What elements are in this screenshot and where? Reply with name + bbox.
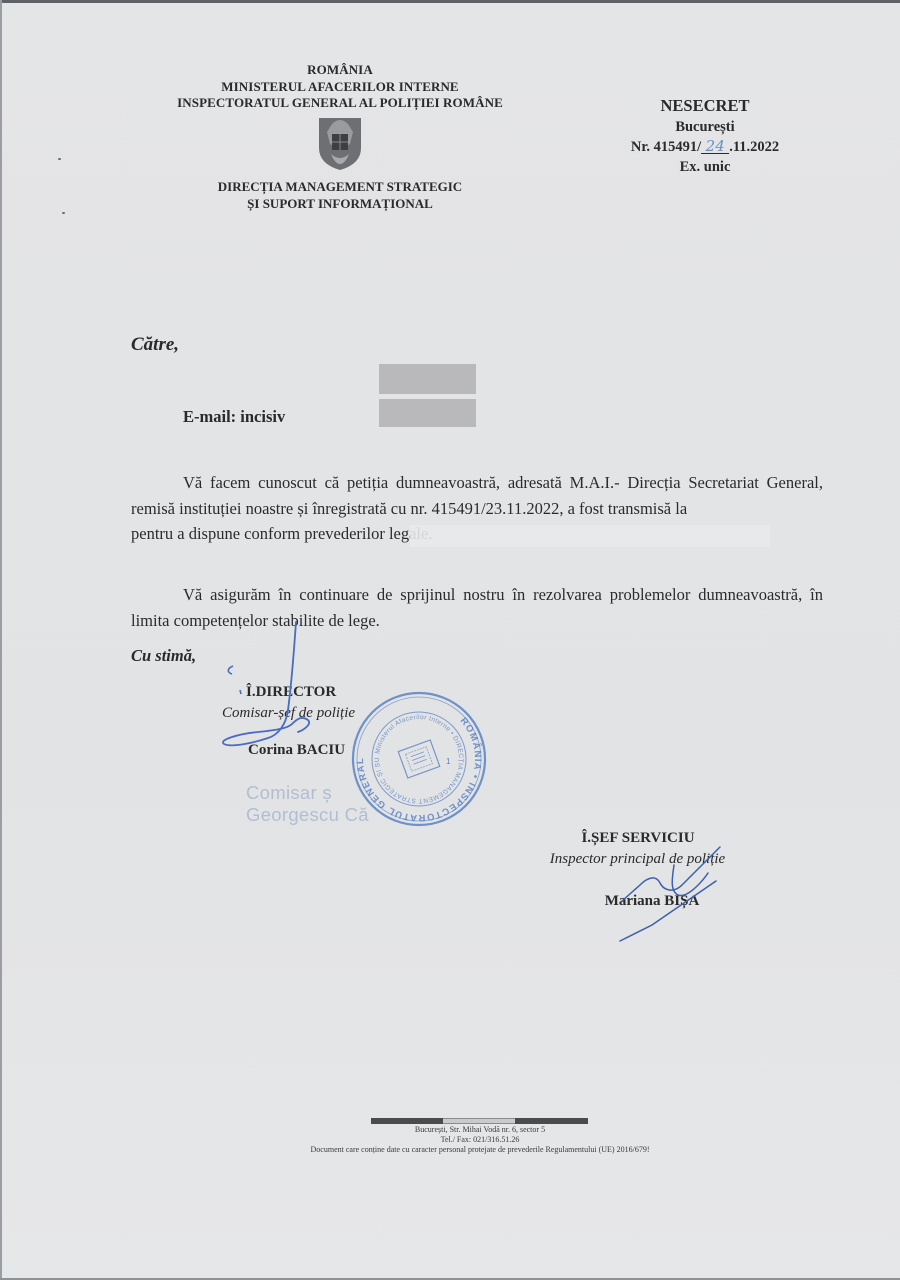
redacted-destination xyxy=(410,525,770,547)
footer-phone: Tel./ Fax: 021/316.51.26 xyxy=(250,1135,710,1145)
footer-divider xyxy=(371,1118,588,1124)
official-seal-icon: ROMÂNIA • INSPECTORATUL GENERAL AL POLIȚ… xyxy=(350,690,488,828)
coat-of-arms-icon xyxy=(315,114,365,172)
svg-text:1: 1 xyxy=(446,757,451,766)
document-reference: NESECRET București Nr. 415491/24.11.2022… xyxy=(590,95,820,177)
directorate-name: DIRECȚIA MANAGEMENT STRATEGIC ȘI SUPORT … xyxy=(140,178,540,212)
paragraph-2: Vă asigurăm în continuare de sprijinul n… xyxy=(131,582,823,633)
punch-mark xyxy=(62,212,65,214)
scan-edge-top xyxy=(0,0,900,3)
header-line: ROMÂNIA xyxy=(140,62,540,79)
recipient-email: E-mail: incisiv xyxy=(183,407,285,427)
copy-label: Ex. unic xyxy=(590,157,820,177)
footer-address: București, Str. Mihai Vodă nr. 6, sector… xyxy=(250,1125,710,1135)
directorate-line: DIRECȚIA MANAGEMENT STRATEGIC xyxy=(140,178,540,195)
salutation: Către, xyxy=(131,334,179,356)
scan-edge-left xyxy=(0,0,2,1280)
registration-number: Nr. 415491/24.11.2022 xyxy=(590,137,820,157)
handwritten-day: 24 xyxy=(701,139,729,154)
paragraph-1-text: Vă facem cunoscut că petiția dumneavoast… xyxy=(131,470,823,521)
header-line: INSPECTORATUL GENERAL AL POLIȚIEI ROMÂNE xyxy=(140,95,540,112)
footer-contact: București, Str. Mihai Vodă nr. 6, sector… xyxy=(250,1125,710,1155)
redaction-block xyxy=(379,399,476,427)
classification-label: NESECRET xyxy=(590,95,820,117)
footer-gdpr-notice: Document care conține date cu caracter p… xyxy=(250,1145,710,1155)
signatory-rank: Inspector principal de poliție xyxy=(505,849,770,869)
reg-prefix: Nr. 415491/ xyxy=(631,139,701,155)
header-line: MINISTERUL AFACERILOR INTERNE xyxy=(140,79,540,96)
signatory-service-chief: Î.ȘEF SERVICIU Inspector principal de po… xyxy=(540,828,770,911)
city-label: București xyxy=(590,117,820,137)
signatory-name: Mariana BIȘA xyxy=(534,891,770,911)
punch-mark xyxy=(58,158,61,160)
document-page: ROMÂNIA MINISTERUL AFACERILOR INTERNE IN… xyxy=(0,0,900,1280)
institution-header: ROMÂNIA MINISTERUL AFACERILOR INTERNE IN… xyxy=(140,62,540,176)
closing-salutation: Cu stimă, xyxy=(131,646,196,666)
redaction-block xyxy=(379,364,476,394)
reg-suffix: .11.2022 xyxy=(729,139,779,155)
directorate-line: ȘI SUPORT INFORMAȚIONAL xyxy=(140,195,540,212)
signatory-role: Î.ȘEF SERVICIU xyxy=(506,828,770,848)
